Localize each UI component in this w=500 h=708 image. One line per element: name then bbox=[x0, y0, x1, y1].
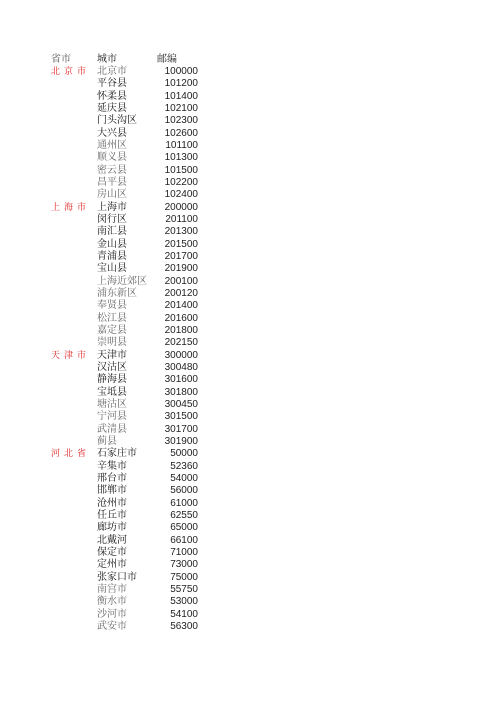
zip-cell: 71000 bbox=[150, 547, 198, 559]
zip-cell: 201900 bbox=[150, 263, 198, 275]
city-cell: 房山区 bbox=[97, 189, 157, 201]
zip-cell: 73000 bbox=[150, 559, 198, 571]
zip-cell: 101300 bbox=[150, 152, 198, 164]
city-cell: 武清县 bbox=[97, 424, 157, 436]
zip-cell: 62550 bbox=[150, 510, 198, 522]
zip-cell: 52360 bbox=[150, 461, 198, 473]
table-row: 崇明县202150 bbox=[0, 337, 500, 349]
table-row: 静海县301600 bbox=[0, 374, 500, 386]
city-cell: 邯郸市 bbox=[97, 485, 157, 497]
city-cell: 塘沽区 bbox=[97, 399, 157, 411]
table-row: 昌平县102200 bbox=[0, 177, 500, 189]
province-cell: 天津市 bbox=[51, 350, 95, 362]
table-row: 邢台市54000 bbox=[0, 473, 500, 485]
city-cell: 金山县 bbox=[97, 239, 157, 251]
city-cell: 宝山县 bbox=[97, 263, 157, 275]
city-cell: 延庆县 bbox=[97, 103, 157, 115]
table-row: 密云县101500 bbox=[0, 165, 500, 177]
table-row: 宁河县301500 bbox=[0, 411, 500, 423]
zip-cell: 301700 bbox=[150, 424, 198, 436]
zip-cell: 301500 bbox=[150, 411, 198, 423]
city-cell: 张家口市 bbox=[97, 572, 157, 584]
city-cell: 南宫市 bbox=[97, 584, 157, 596]
table-header: 省市 城市 邮编 bbox=[0, 54, 500, 66]
table-row: 浦东新区200120 bbox=[0, 288, 500, 300]
city-cell: 松江县 bbox=[97, 313, 157, 325]
table-row: 南汇县201300 bbox=[0, 226, 500, 238]
table-row: 张家口市75000 bbox=[0, 572, 500, 584]
table-row: 邯郸市56000 bbox=[0, 485, 500, 497]
city-cell: 北京市 bbox=[97, 66, 157, 78]
zip-cell: 200120 bbox=[150, 288, 198, 300]
table-row: 闵行区201100 bbox=[0, 214, 500, 226]
table-row: 平谷县101200 bbox=[0, 78, 500, 90]
table-row: 衡水市53000 bbox=[0, 596, 500, 608]
province-cell: 上海市 bbox=[51, 202, 95, 214]
zip-cell: 301900 bbox=[150, 436, 198, 448]
zip-cell: 101200 bbox=[150, 78, 198, 90]
zip-cell: 102400 bbox=[150, 189, 198, 201]
city-cell: 石家庄市 bbox=[97, 448, 157, 460]
city-cell: 武安市 bbox=[97, 621, 157, 633]
zip-cell: 101500 bbox=[150, 165, 198, 177]
table-row: 保定市71000 bbox=[0, 547, 500, 559]
table-row: 沧州市61000 bbox=[0, 498, 500, 510]
city-cell: 闵行区 bbox=[97, 214, 157, 226]
city-cell: 宁河县 bbox=[97, 411, 157, 423]
table-row: 奉贤县201400 bbox=[0, 300, 500, 312]
zip-cell: 300000 bbox=[150, 350, 198, 362]
zip-cell: 102100 bbox=[150, 103, 198, 115]
city-cell: 奉贤县 bbox=[97, 300, 157, 312]
zip-cell: 101100 bbox=[150, 140, 198, 152]
city-cell: 密云县 bbox=[97, 165, 157, 177]
city-cell: 沙河市 bbox=[97, 609, 157, 621]
city-cell: 顺义县 bbox=[97, 152, 157, 164]
zip-cell: 301800 bbox=[150, 387, 198, 399]
header-zip: 邮编 bbox=[157, 54, 205, 66]
table-row: 廊坊市65000 bbox=[0, 522, 500, 534]
table-row: 大兴县102600 bbox=[0, 128, 500, 140]
table-row: 顺义县101300 bbox=[0, 152, 500, 164]
table-row: 武安市56300 bbox=[0, 621, 500, 633]
zip-cell: 200100 bbox=[150, 276, 198, 288]
postal-code-table: 省市 城市 邮编 北京市北京市100000平谷县101200怀柔县101400延… bbox=[0, 0, 500, 708]
zip-cell: 53000 bbox=[150, 596, 198, 608]
table-row: 南宫市55750 bbox=[0, 584, 500, 596]
zip-cell: 201800 bbox=[150, 325, 198, 337]
table-row: 北戴河66100 bbox=[0, 535, 500, 547]
city-cell: 怀柔县 bbox=[97, 91, 157, 103]
zip-cell: 56000 bbox=[150, 485, 198, 497]
city-cell: 宝坻县 bbox=[97, 387, 157, 399]
city-cell: 昌平县 bbox=[97, 177, 157, 189]
city-cell: 上海市 bbox=[97, 202, 157, 214]
zip-cell: 55750 bbox=[150, 584, 198, 596]
table-row: 松江县201600 bbox=[0, 313, 500, 325]
city-cell: 门头沟区 bbox=[97, 115, 157, 127]
province-cell: 北京市 bbox=[51, 66, 95, 78]
table-row: 宝山县201900 bbox=[0, 263, 500, 275]
zip-cell: 102600 bbox=[150, 128, 198, 140]
zip-cell: 301600 bbox=[150, 374, 198, 386]
city-cell: 崇明县 bbox=[97, 337, 157, 349]
zip-cell: 201400 bbox=[150, 300, 198, 312]
city-cell: 廊坊市 bbox=[97, 522, 157, 534]
table-row: 门头沟区102300 bbox=[0, 115, 500, 127]
city-cell: 静海县 bbox=[97, 374, 157, 386]
table-row: 延庆县102100 bbox=[0, 103, 500, 115]
province-cell: 河北省 bbox=[51, 448, 95, 460]
zip-cell: 201500 bbox=[150, 239, 198, 251]
table-row: 北京市北京市100000 bbox=[0, 66, 500, 78]
table-row: 天津市天津市300000 bbox=[0, 350, 500, 362]
city-cell: 保定市 bbox=[97, 547, 157, 559]
zip-cell: 66100 bbox=[150, 535, 198, 547]
zip-cell: 100000 bbox=[150, 66, 198, 78]
city-cell: 上海近郊区 bbox=[97, 276, 157, 288]
zip-cell: 201700 bbox=[150, 251, 198, 263]
city-cell: 大兴县 bbox=[97, 128, 157, 140]
table-row: 通州区101100 bbox=[0, 140, 500, 152]
city-cell: 通州区 bbox=[97, 140, 157, 152]
zip-cell: 50000 bbox=[150, 448, 198, 460]
city-cell: 天津市 bbox=[97, 350, 157, 362]
city-cell: 邢台市 bbox=[97, 473, 157, 485]
table-row: 怀柔县101400 bbox=[0, 91, 500, 103]
zip-cell: 102200 bbox=[150, 177, 198, 189]
table-row: 汉沽区300480 bbox=[0, 362, 500, 374]
city-cell: 青浦县 bbox=[97, 251, 157, 263]
zip-cell: 61000 bbox=[150, 498, 198, 510]
table-row: 沙河市54100 bbox=[0, 609, 500, 621]
zip-cell: 201600 bbox=[150, 313, 198, 325]
table-row: 定州市73000 bbox=[0, 559, 500, 571]
city-cell: 南汇县 bbox=[97, 226, 157, 238]
zip-cell: 201100 bbox=[150, 214, 198, 226]
zip-cell: 202150 bbox=[150, 337, 198, 349]
zip-cell: 101400 bbox=[150, 91, 198, 103]
zip-cell: 200000 bbox=[150, 202, 198, 214]
table-row: 上海近郊区200100 bbox=[0, 276, 500, 288]
zip-cell: 300480 bbox=[150, 362, 198, 374]
table-row: 宝坻县301800 bbox=[0, 387, 500, 399]
zip-cell: 75000 bbox=[150, 572, 198, 584]
city-cell: 北戴河 bbox=[97, 535, 157, 547]
city-cell: 蓟县 bbox=[97, 436, 157, 448]
zip-cell: 102300 bbox=[150, 115, 198, 127]
city-cell: 平谷县 bbox=[97, 78, 157, 90]
header-province: 省市 bbox=[51, 54, 95, 66]
table-row: 河北省石家庄市50000 bbox=[0, 448, 500, 460]
table-row: 青浦县201700 bbox=[0, 251, 500, 263]
city-cell: 衡水市 bbox=[97, 596, 157, 608]
zip-cell: 56300 bbox=[150, 621, 198, 633]
city-cell: 定州市 bbox=[97, 559, 157, 571]
table-row: 任丘市62550 bbox=[0, 510, 500, 522]
table-row: 武清县301700 bbox=[0, 424, 500, 436]
city-cell: 沧州市 bbox=[97, 498, 157, 510]
city-cell: 浦东新区 bbox=[97, 288, 157, 300]
city-cell: 辛集市 bbox=[97, 461, 157, 473]
zip-cell: 201300 bbox=[150, 226, 198, 238]
table-row: 房山区102400 bbox=[0, 189, 500, 201]
table-row: 嘉定县201800 bbox=[0, 325, 500, 337]
table-row: 塘沽区300450 bbox=[0, 399, 500, 411]
zip-cell: 65000 bbox=[150, 522, 198, 534]
table-row: 金山县201500 bbox=[0, 239, 500, 251]
city-cell: 嘉定县 bbox=[97, 325, 157, 337]
city-cell: 任丘市 bbox=[97, 510, 157, 522]
table-row: 辛集市52360 bbox=[0, 461, 500, 473]
zip-cell: 54000 bbox=[150, 473, 198, 485]
table-row: 上海市上海市200000 bbox=[0, 202, 500, 214]
city-cell: 汉沽区 bbox=[97, 362, 157, 374]
zip-cell: 300450 bbox=[150, 399, 198, 411]
header-city: 城市 bbox=[97, 54, 157, 66]
zip-cell: 54100 bbox=[150, 609, 198, 621]
table-row: 蓟县301900 bbox=[0, 436, 500, 448]
